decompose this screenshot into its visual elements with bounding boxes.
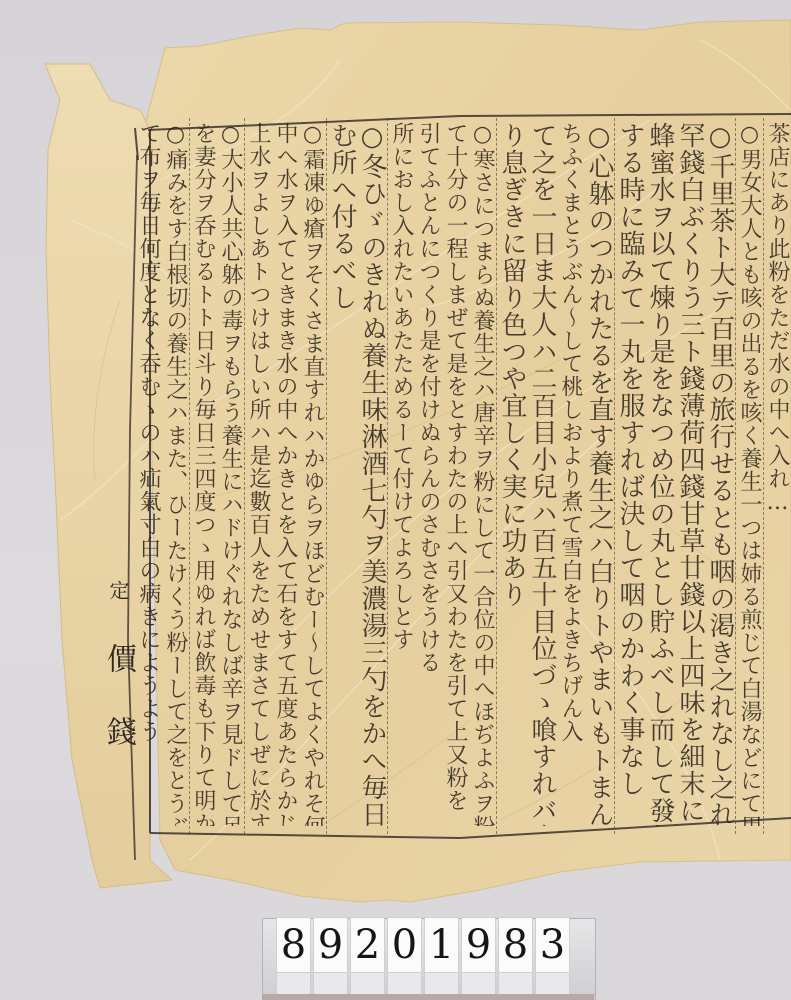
text-column: ちふくまとうぶん～して桃しおより煮て雪白をよきちげん入 — [557, 118, 584, 826]
tag-base-cell — [498, 972, 533, 996]
column-rule — [189, 118, 190, 834]
text-column: て之を一日ま大人ハ二百目小兒ハ百五十目位づゝ喰すれバ寝汗ハ留 — [527, 118, 557, 826]
catalog-number: 8 9 2 0 1 9 8 3 — [276, 917, 570, 973]
price-label-prefix: 定 — [106, 580, 130, 604]
catalog-digit: 3 — [535, 917, 570, 973]
tag-base-cell — [350, 972, 385, 996]
tag-rail — [262, 994, 594, 1000]
price-label-main: 價 — [101, 643, 136, 677]
text-column: 蜂蜜水ヲ以て煉り是をなつめ位の丸とし貯ふべし而して發起 — [645, 118, 675, 826]
catalog-digit: 2 — [350, 917, 385, 973]
column-rule — [496, 118, 497, 834]
text-columns: 茶店にあり此粉をただ水の中へ入れ… ○男女大人とも咳の出るを咳く養生一つは姉る煎… — [135, 118, 791, 834]
tag-base-cell — [276, 972, 311, 996]
text-column: 罕錢白ぶくりう三ト錢薄荷四錢甘草廿錢以上四味を細末にして — [675, 118, 705, 826]
column-rule — [735, 118, 736, 834]
text-frame: 茶店にあり此粉をただ水の中へ入れ… ○男女大人とも咳の出るを咳く養生一つは姉る煎… — [150, 112, 791, 834]
text-column: む所へ付るべし — [327, 118, 357, 826]
text-column: する時に臨みて一丸を服すれば決して咽のかわく事なし — [615, 118, 645, 826]
text-column: ○寒さにつまらぬ養生之ハ唐辛ヲ粉にして一合位の中へほぢよふヲ粉にし — [469, 118, 496, 826]
text-column: ○痛みをす白根切の養生之ハまた、ひーたけくう粉ーして之をとうぶんに合 — [162, 118, 189, 826]
catalog-digit: 8 — [276, 917, 311, 973]
text-column: ○男女大人とも咳の出るを咳く養生一つは姉る煎じて白湯などにて用ふべし — [736, 118, 763, 826]
text-column: ○冬ひゞのきれぬ養生味淋酒七勺ヲ美濃湯三勺をかへ毎日怠らず之を痛 — [357, 118, 387, 826]
text-column: り息ぎきに留り色つや宜しく実に功あり — [497, 118, 527, 826]
text-column: ○心躰のつかれたるを直す養生之ハ白りトやまいもトまんてよくトせ — [584, 118, 614, 826]
text-column: ○霜凍ゆ瘡ヲそくさま直すれハかゆらヲほどむー～してよくやれそ何ありこの — [299, 118, 326, 826]
price-label-suffix: 錢 — [101, 716, 136, 750]
text-column: ○大小人共心躰の毒ヲもらう養生にハドけぐれなしば辛ヲ見ドして足場 — [217, 118, 244, 826]
catalog-digit: 8 — [498, 917, 533, 973]
text-column: 上水ヲよしあトつけはしい所ハ是迄數百人をためせまさてしぜに於す — [245, 118, 272, 826]
text-column: を妻分ヲ呑むるトト日斗り毎日三四度つゝ用ゆれば飲毒も下りて明か成る — [190, 118, 217, 826]
tag-base-cell — [461, 972, 496, 996]
text-column: 所におし入れたいあたためるーて付けてよろしとす — [388, 118, 415, 826]
text-column: ○千里茶ト大テ百里の旅行せるとも咽の渇き之れなし之れより白砂唐 — [705, 118, 735, 826]
column-rule — [244, 118, 245, 834]
catalog-digit: 1 — [424, 917, 459, 973]
column-rule — [614, 118, 615, 834]
price-label: 定 價 錢 — [96, 580, 140, 750]
tag-base-cell — [424, 972, 459, 996]
catalog-digit: 9 — [313, 917, 348, 973]
text-column: て十分の一程しまぜて是をとすわたの上へ引又わたを引て上又粉を — [442, 118, 469, 826]
column-rule — [763, 118, 764, 834]
column-rule — [326, 118, 327, 834]
tag-base-cell — [535, 972, 570, 996]
tag-base-cell — [387, 972, 422, 996]
text-column: 中へ水ヲ入てときまき水の中へかきとを入て石をすて五度あたらかじ又ござぶの — [272, 118, 299, 826]
catalog-tag-base — [276, 972, 570, 996]
column-rule — [387, 118, 388, 834]
text-column: 引てふとんにつくり是を付けぬらんのさむさをうける — [415, 118, 442, 826]
catalog-digit: 0 — [387, 917, 422, 973]
text-column: 茶店にあり此粉をただ水の中へ入れ… — [764, 118, 791, 826]
catalog-digit: 9 — [461, 917, 496, 973]
tag-base-cell — [313, 972, 348, 996]
